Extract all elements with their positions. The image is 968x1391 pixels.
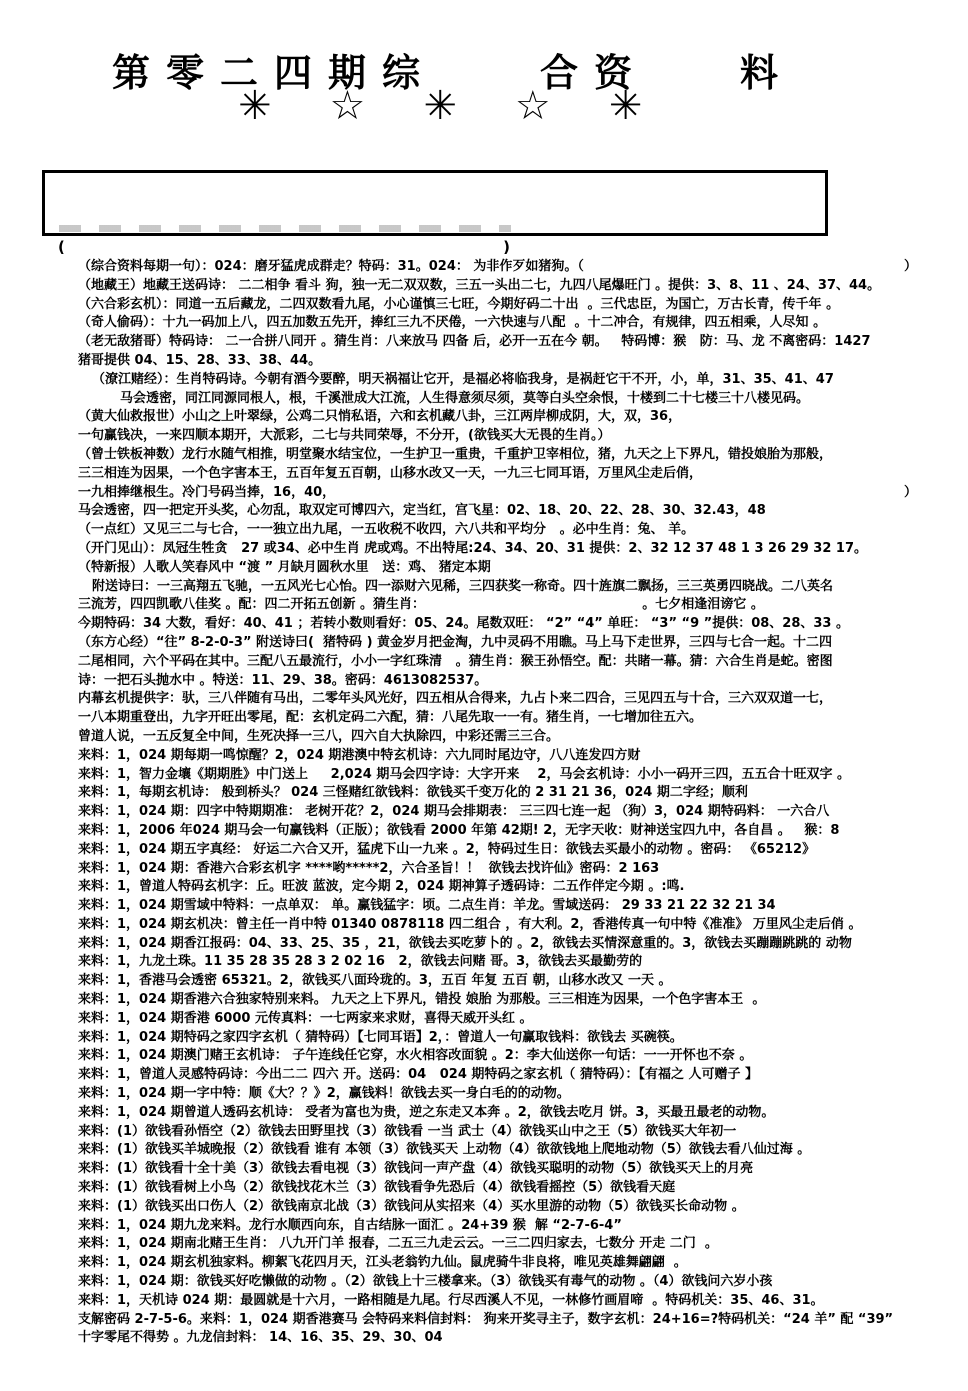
asterisk-star-icon: ✳ bbox=[423, 82, 457, 130]
hollow-star-icon: ☆ bbox=[330, 82, 366, 130]
text-line: 来料：1，024 期九龙来料。龙行水顺西向东，自古结脉一面汇 。24+39 猴 … bbox=[78, 1217, 956, 1236]
text-line: （开门见山）：凤冠生牲贪 27 或34、必中生肖 虎或鸡。不出特尾:24、34、… bbox=[78, 540, 956, 559]
text-line: （一点红）又见三二与七合，一一独立出九尾，一五收税不收四，六八共和平均分 。必中… bbox=[78, 521, 956, 540]
text-line: 来料：1，024 期澳门赌王玄机诗： 子午连线任它穿，水火相容改面貌 。2：李大… bbox=[78, 1047, 956, 1066]
text-line: 来料：1，024 期香港 6000 元传真料：一七两家来求财，喜得天威开头红 。 bbox=[78, 1010, 956, 1029]
page-title-part3: 料 bbox=[740, 50, 794, 95]
text-line: （综合资料每期一句）：024：磨牙猛虎成群走？特码：31。024： 为非作歹如猪… bbox=[78, 258, 956, 277]
text-line: 一句赢钱决，一来四顺本期开，大派彩，二七与共同荣辱，不分开，(欲钱买大无畏的生肖… bbox=[78, 427, 956, 446]
text-line: 来料：1，024 期特码之家四字玄机（ 猜特码）【七同耳语】2，：曾道人一句赢取… bbox=[78, 1029, 956, 1048]
right-paren: ） bbox=[904, 484, 917, 503]
text-line: 来料：1，024 期玄机决：曾主任一肖中特 01340 0878118 四二组合… bbox=[78, 916, 956, 935]
text-line: 来料：1，024 期南北赌王生肖： 八九开门羊 报春，二五三九走云云。一三二四归… bbox=[78, 1235, 956, 1254]
text-line: 来料：1，024 期一字中特：顺《大？？》2，赢钱料！欲钱去买一身白毛的的动物。 bbox=[78, 1085, 956, 1104]
close-paren: ) bbox=[503, 238, 510, 256]
text-line: 来料：1，024 期：香港六合彩玄机字 ****哟*****2，六合圣旨！！ 欲… bbox=[78, 860, 956, 879]
text-line: （奇人偷码）：十九一码加上八，四五加数五先开，捧红三九不厌倦，一六快速与八配 。… bbox=[78, 314, 956, 333]
text-line: 内幕玄机提供字：驮，三八伴随有马出，二零年头风光好，四五相从合得来，九占卜来二四… bbox=[78, 690, 956, 709]
stars-row: ✳☆✳☆✳ bbox=[238, 82, 642, 130]
text-line: （特新报）人歌人笑春风中 “渡 ” 月缺月圆秋水里 送：鸡、 猪定本期 bbox=[78, 559, 956, 578]
text-line: 一九相捧继根生。冷门号码当捧，16，40，） bbox=[78, 484, 956, 503]
text-line: 三三相连为因果，一个色字害本王，五百年复五百朝，山移水改又一天，一九三七同耳语，… bbox=[78, 465, 956, 484]
text-line: 二尾相同，六个平码在其中。三配八五最流行，小小一字红珠清 。猜生肖：猴王孙悟空。… bbox=[78, 653, 956, 672]
text-line: 来料：1，每期玄机诗： 般到桥头？ 024 三怪赌红欲钱料：欲钱买千变万化的 2… bbox=[78, 784, 956, 803]
text-line: （地藏王）地藏王送码诗： 二二相争 看斗 狗，独一无二双双数，三五一头出二七，九… bbox=[78, 277, 956, 296]
text-line: 来料：1，024 期：四字中特期期准： 老树开花？2，024 期马会排期表： 三… bbox=[78, 803, 956, 822]
asterisk-star-icon: ✳ bbox=[238, 82, 272, 130]
text-line: 来料：1，024 期香港六合独家特别来料。 九天之上下界凡，错投 娘胎 为那般。… bbox=[78, 991, 956, 1010]
text-line: 来料：1，024 期每期一鸣惊醒？2，024 期港澳中特玄机诗：六九同时尾边守，… bbox=[78, 747, 956, 766]
asterisk-star-icon: ✳ bbox=[609, 82, 643, 130]
text-line: 马会透密，同江同源同根人，根，千溪泄成大江流，人生得意须尽须，莫等白头空余恨，十… bbox=[78, 390, 956, 409]
text-line: 来料：1，九龙土珠。11 35 28 35 28 3 2 02 16 2，欲钱去… bbox=[78, 953, 956, 972]
text-line: 来料：1，024 期五字真经： 好运二六合又开，猛虎下山一九来 。2，特码过生日… bbox=[78, 841, 956, 860]
text-line: （六合彩玄机）：同道一五后藏龙，二四双数看九尾，小心谨慎三七旺，今期好码二十出 … bbox=[78, 296, 956, 315]
text-line: 一八本期重登出，九字开旺出零尾，配：玄机定码二六配，猜：八尾先取一一有。猪生肖，… bbox=[78, 709, 956, 728]
text-line: 来料：(1）欲钱买羊城晚报（2）欲钱看 谁有 本领（3）欲钱买天 上动物（4）欲… bbox=[78, 1141, 956, 1160]
text-line: （黄大仙救报世）小山之上叶翠绿，公鸡二只悄私语，六和玄机藏八卦，三江两岸柳成阴，… bbox=[78, 408, 956, 427]
text-line: 诗：一把石头抛水中 。特送：11、29、38。密码：4613082537。 bbox=[78, 672, 956, 691]
text-line: （潦江赌经）：生肖特码诗。今朝有酒今要醉，明天祸福让它开，是福必将临我身，是祸赶… bbox=[78, 371, 956, 390]
text-line: （东方心经）“往” 8-2-0-3” 附送诗曰( 猪特码 ) 黄金岁月把金淘，九… bbox=[78, 634, 956, 653]
right-paren: ） bbox=[904, 258, 917, 277]
text-line: 三流芳，四四凯歌八佳奖 。配：四二开拓五创新 。猜生肖： 。七夕相逢泪谤它 。 bbox=[78, 596, 956, 615]
text-line: 马会透密，四一把定开头奖，心勿乱，取双定可博四六，定当红，宫飞星：02、18、2… bbox=[78, 502, 956, 521]
text-line: 猪哥提供 04、15、28、33、38、44。 bbox=[78, 352, 956, 371]
text-line: 来料：(1）欲钱看树上小鸟（2）欲钱找花木兰（3）欲钱看争先恐后（4）欲钱看摇控… bbox=[78, 1179, 956, 1198]
text-line: 来料：1，024 期雪域中特料：一点单双： 单。赢钱猛字：顷。二点生肖：羊龙。雪… bbox=[78, 897, 956, 916]
open-paren: ( bbox=[58, 238, 65, 256]
text-line: 来料：1，024 期玄机独家料。柳絮飞花四月天，江头老翁钓九仙。鼠虎骑牛非良将，… bbox=[78, 1254, 956, 1273]
text-line: 来料：1，智力金壤《期期胜》中门送上 2,024 期马会四字诗：大字开来 2，马… bbox=[78, 766, 956, 785]
box-caption: ( ) bbox=[58, 238, 510, 256]
text-line: （老无敌猪哥）特码诗： 二一合拼八同开 。猜生肖：八来放马 四备 后，必开一五在… bbox=[78, 333, 956, 352]
text-line: 来料：1，曾道人灵感特码诗：今出二二 四六 开。送码：04 024 期特码之家玄… bbox=[78, 1066, 956, 1085]
hollow-star-icon: ☆ bbox=[515, 82, 551, 130]
text-line: 来料：1，天机诗 024 期：最圆就是十六月，一路相随是九尾。行尽西溪人不见，一… bbox=[78, 1292, 956, 1311]
text-line: （曾士铁板神数）龙行水随气相推，明堂聚水结宝位，一生护卫一重贵，千重护卫宰相位，… bbox=[78, 446, 956, 465]
text-line: 来料：1，曾道人特码玄机字：丘。旺波 蓝波，定今期 2，024 期神算子透码诗：… bbox=[78, 878, 956, 897]
text-line: 今期特码：34 大数，看好：40、41 ；若转小数则看好：05、24。尾数双旺：… bbox=[78, 615, 956, 634]
lottery-info-page: 第零二四期综合资料 ✳☆✳☆✳ ( ) （综合资料每期一句）：024：磨牙猛虎成… bbox=[0, 0, 968, 1391]
text-line: 来料：(1）欲钱看十全十美（3）欲钱去看电视（3）欲钱问一声产盘（4）欲钱买聪明… bbox=[78, 1160, 956, 1179]
text-line: 来料：(1）欲钱买出口伤人（2）欲钱南京北战（3）欲钱问从实招来（4）买水里游的… bbox=[78, 1198, 956, 1217]
text-line: 来料：(1）欲钱看孙悟空（2）欲钱去田野里找（3）欲钱看 一当 武士（4）欲钱买… bbox=[78, 1123, 956, 1142]
text-line: 十字零尾不得势 。九龙信封料： 14、16、35、29、30、04 bbox=[78, 1329, 956, 1348]
text-line: 曾道人说，一五反复全中间，生死决择一三八，四六自大执除四，中彩还需三三合。 bbox=[78, 728, 956, 747]
info-box bbox=[42, 170, 828, 236]
text-line: 来料：1，024 期香江报码：04、33、25、35 ，21，欲钱去买吃萝卜的 … bbox=[78, 935, 956, 954]
text-line: 来料：1，香港马会透密 65321。2，欲钱买八面玲珑的。3，五百 年复 五百 … bbox=[78, 972, 956, 991]
scan-artifact bbox=[59, 225, 511, 232]
text-line: 支解密码 2-7-5-6。来料：1，024 期香港赛马 会特码来料信封料： 狗来… bbox=[78, 1311, 956, 1330]
body-lines: （综合资料每期一句）：024：磨牙猛虎成群走？特码：31。024： 为非作歹如猪… bbox=[78, 258, 956, 1348]
text-line: 来料：1，024 期：欲钱买好吃懒做的动物 。（2）欲钱上十三楼拿来。（3）欲钱… bbox=[78, 1273, 956, 1292]
text-line: 来料：1，024 期曾道人透码玄机诗： 受者为富也为贵，逆之东走又本奔 。2，欲… bbox=[78, 1104, 956, 1123]
text-line: 来料：1，2006 年024 期马会一句赢钱料（正版）；欲钱看 2000 年第 … bbox=[78, 822, 956, 841]
text-line: 附送诗曰：一三高翔五飞驰，一五风光七心怡。四一添财六见稀，三四获奖一称奇。四十旌… bbox=[78, 578, 956, 597]
